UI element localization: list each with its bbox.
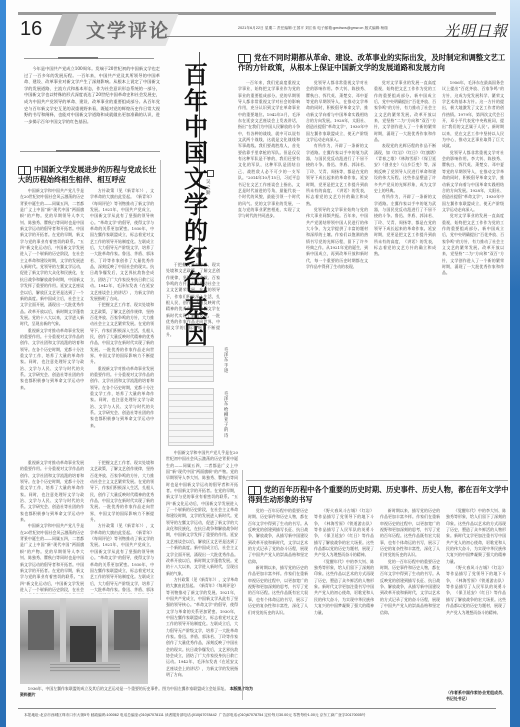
paragraph: 党领导的文学事业始终与党的伟大事业同频共振。百年来，中国共产党团结带领中国人民进… [306,207,368,270]
paragraph: 一百年来，我们党高度重视文学事业，始终把文学事业作为党的事业的重要组成部分。党的… [238,80,300,220]
footer-rule [18,708,496,709]
paragraph: 党的一百年历程中的重要历史时期、历史事件和历史人物，都在百年文学中得到了生动的书… [248,508,308,565]
paragraph: 《觉醒年代》中的李大钊、陈独秀等形象，给人们留下了深刻的印象。这些作品以艺术的方… [446,508,506,565]
body-column: 新时期以来，描写党的历史的作品更加丰富多样。作家们在重新审视历史的过程中，以更加… [380,508,440,700]
paragraph: 《野火春风斗古城》《红岩》等作品描写了党领导下的地下斗争，《林海雪原》《铁道游击… [446,565,506,616]
manuscript-image-2 [168,388,214,446]
paragraph: 重视新文学对推动革命事业发展的重要作用。十分重视对文学作品的创作、文学社团和文学… [20,328,84,391]
manuscript-image-1 [168,346,214,382]
section-rule-accent [56,150,100,152]
footer: 本报地址:北京市西城区珠市口东大街5号 邮政编码:100062 电话总编室:(0… [24,713,504,718]
photo-pillar-right [102,598,108,662]
photo-caption: 1936年，中国左翼作家联盟的成立及其后的文艺运动是一个重要的历史事件。图为中国… [20,686,256,697]
paragraph: 新时期以来，描写党的历史的作品更加丰富多样。作家们在重新审视历史的过程中，以更加… [248,565,308,616]
body-column: 于把握文艺工作者、现实处境和文艺政策，了解文艺创作规律，坚持百花齐放、百家争鸣的… [166,262,220,342]
section-rule [246,480,508,481]
paragraph: 于把握文艺工作者、现实处境和文艺政策，了解文艺创作规律，坚持百花齐放、百家争鸣的… [166,262,220,338]
paragraph: 党对文学事业的发展一直高度重视，始终把文艺工作作为党的工作的重要组成部分。新中国… [374,80,436,143]
paragraph: 方针政策（见《新青年》），文学革命的大旗由此竖起。《新青年》《每周评论》等刊物推… [90,523,154,594]
paragraph: 1956年，毛泽东在最高国务会议上提出“百花齐放、百家争鸣”的方针，这成为党发展… [442,80,504,150]
paragraph: 于把握文艺工作者、现实处境和文艺政策，了解文艺创作规律，坚持百花齐放、百家争鸣的… [90,460,154,523]
subhead-2: 中国新文学发展进步的历程与党成长壮大的历程始终相生相伴、相互呼应 [18,165,158,185]
paragraph: 党领导人都非常重视文学对社会的影响作用。李大钊、陈独秀、瞿秋白、恽代英、萧楚女、… [442,150,504,213]
body-column: 于把握文艺工作者、现实处境和文艺政策，了解文艺创作规律，坚持百花齐放、百家争鸣的… [90,460,154,594]
paragraph: 新时期以来，描写党的历史的作品更加丰富多样。作家们在重新审视历史的过程中，以更加… [380,508,440,559]
byline: 吴义勤 [206,180,214,197]
photo-window-left [28,610,54,650]
body-column: 重视新文学对推动革命事业发展的重要作用。十分重视对文学作品的创作、文学社团和文学… [20,460,84,594]
section-title: 文学评论 [86,16,170,43]
column-separator [160,160,161,600]
body-column: 党的一百年历程中的重要历史时期、历史事件和历史人物，都在百年文学中得到了生动的书… [248,508,308,700]
body-column: 中国新文学和中国共产党几乎是在20世纪初中国社会风云激荡的历史背景中诞生的——同… [166,450,238,698]
subhead-3-text: 党的百年历程中各个重要的历史时期、历史事件、历史人物，都在百年文学中得到生动形象… [248,485,508,504]
window-background-right [510,0,520,727]
body-column: 一百年来，我们党高度重视文学事业，始终把文学事业作为党的事业的重要组成部分。党的… [238,80,300,480]
book-icon [248,486,261,495]
caption-manuscript-1: 毛泽东手迹 [224,348,230,374]
subhead-1: 党在不同时期都从革命、建设、改革事业的实际出发，及时制定和调整文艺工作的方针政策… [238,53,508,73]
page-number: 16 [20,18,42,41]
photo-steps [50,662,120,672]
paragraph: 中国新文学和中国共产党几乎是在20世纪初中国社会风云激荡的历史背景中诞生的——同… [20,188,84,328]
footer-address: 本报地址:北京市西城区珠市口东大街5号 邮政编码:100062 电话总编室:(0… [24,713,217,717]
author-note: （作者系中国作家协会党组成员、书记处书记） [446,690,506,704]
paragraph: 方针政策（见《新青年》），文学革命的大旗由此竖起。《新青年》《每周评论》等刊物推… [90,188,154,302]
paragraph: 于把握文艺工作者、现实处境和文艺政策，了解文艺创作规律，坚持百花齐放、百家争鸣的… [90,302,154,365]
paragraph: 重视新文学对推动革命事业发展的重要作用。十分重视对文学作品的创作、文学社团和文学… [20,460,84,523]
newspaper-page: 16 文学评论 2021年6月22日 星期二 责任编辑:王国平 刘江伟 电子邮箱… [6,0,510,727]
header-meta: 2021年6月22日 星期二 责任编辑:王国平 刘江伟 电子邮箱:gmdwxs@… [238,26,388,31]
masthead-logo: 光明日報 [444,20,508,41]
caption-manuscript-2: 毛泽东给柳亚子的诗 [224,392,230,439]
subhead-1-text: 党在不同时期都从革命、建设、改革事业的实际出发，及时制定和调整文艺工作的方针政策… [238,53,505,72]
body-column: 《觉醒年代》中的李大钊、陈独秀等形象，给人们留下了深刻的印象。这些作品以艺术的方… [446,508,506,688]
paragraph: 重视新文学对推动革命事业发展的重要作用。十分重视对文学作品的创作、文学社团和文学… [90,366,154,429]
subhead-3: 党的百年历程中各个重要的历史时期、历史事件、历史人物，都在百年文学中得到生动形象… [248,485,510,505]
body-column: 《野火春风斗古城》《红岩》等作品描写了党领导下的地下斗争，《林海雪原》《铁道游击… [314,508,374,700]
footer-ads: 广告部电话:(010)67078754 定价每月30.00元 零售每份1.00元… [219,713,366,717]
body-column: 党对文学事业的发展一直高度重视，始终把文艺工作作为党的工作的重要组成部分。新中国… [374,80,436,480]
intro-rule-accent [58,57,98,59]
photo-caption-text: 1936年，中国左翼作家联盟的成立及其后的文艺运动是一个重要的历史事件。图为中国… [28,686,229,691]
body-column: 1956年，毛泽东在最高国务会议上提出“百花齐放、百家争鸣”的方针，这成为党发展… [442,80,504,480]
book-icon [238,54,251,63]
intro-paragraph: 今年是中国共产党成立100周年。发端于20世纪初的中国新文学也走过了一百多年的发… [24,66,160,125]
paragraph: 方针政策（见《新青年》），文学革命的大旗由此竖起。《新青年》《每周评论》等刊物推… [166,577,238,679]
byline-box-icon [207,170,214,177]
paragraph: 中国新文学和中国共产党几乎是在20世纪初中国社会风云激荡的历史背景中诞生的——同… [166,450,238,577]
photo-pillar-left [60,598,66,662]
paragraph: 有所作为，开辟了一条新的文学道路。左翼作家以手中的笔为武器，与国民党反动派进行了… [306,143,368,206]
author-note-text: （作者系中国作家协会党组成员、书记处书记） [446,690,506,701]
photo-door [70,626,96,662]
book-icon [18,166,31,175]
paragraph: 中国新文学和中国共产党几乎是在20世纪初中国社会风云激荡的历史背景中诞生的——同… [20,523,84,594]
photo-window-right [114,610,140,650]
building-photo [20,598,148,684]
body-column: 党领导人都非常重视文学对社会的影响作用。李大钊、陈独秀、瞿秋白、恽代英、萧楚女、… [306,80,368,480]
paragraph: 《觉醒年代》中的李大钊、陈独秀等形象，给人们留下了深刻的印象。这些作品以艺术的方… [314,559,374,616]
subhead-2-text: 中国新文学发展进步的历程与党成长壮大的历程始终相生相伴、相互呼应 [18,165,156,184]
paragraph: 表现党的光辉历程的作品不断涌现，如《红岩》《红日》《红旗谱》《青春之歌》《林海雪… [374,143,436,194]
paragraph: 党对文学事业的发展一直高度重视，始终把文艺工作作为党的工作的重要组成部分。新中国… [442,213,504,276]
paragraph: 《野火春风斗古城》《红岩》等作品描写了党领导下的地下斗争，《林海雪原》《铁道游击… [314,508,374,559]
column-separator [242,470,243,700]
paragraph: 有所作为，开辟了一条新的文学道路。左翼作家以手中的笔为武器，与国民党反动派进行了… [374,194,436,257]
paragraph: 党的一百年历程中的重要历史时期、历史事件和历史人物，都在百年文学中得到了生动的书… [380,559,440,616]
paragraph: 党领导人都非常重视文学对社会的影响作用。李大钊、陈独秀、瞿秋白、恽代英、萧楚女、… [306,80,368,143]
